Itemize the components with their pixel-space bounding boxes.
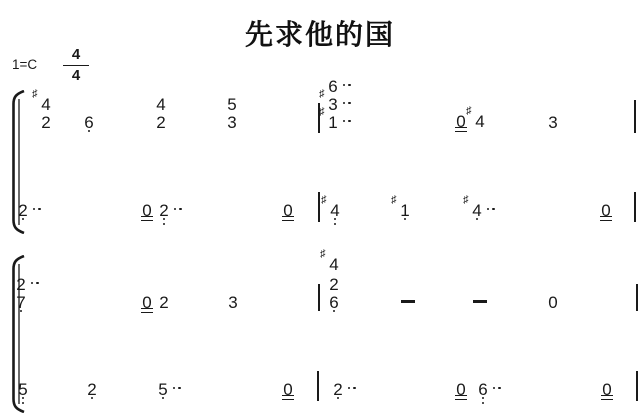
duration-dots-icon bbox=[173, 387, 182, 390]
octave-dots-icon bbox=[476, 397, 490, 405]
beam-underline-icon bbox=[282, 216, 294, 221]
duration-dots-icon bbox=[343, 120, 352, 123]
note: 0 bbox=[281, 202, 295, 219]
duration-dots-icon bbox=[348, 387, 357, 390]
note-digit: 6 bbox=[82, 114, 96, 131]
duration-dots-icon bbox=[487, 208, 496, 211]
duration-dots-icon bbox=[493, 387, 502, 390]
note-digit: 4 bbox=[39, 96, 53, 113]
note: ♯4 bbox=[473, 113, 487, 130]
note-digit: 2 bbox=[157, 202, 171, 219]
sharp-icon: ♯ bbox=[320, 249, 326, 259]
duration-dots-icon bbox=[174, 208, 183, 211]
note-digit: 5 bbox=[156, 381, 170, 398]
note: 2 bbox=[85, 381, 99, 398]
note-digit: 4 bbox=[473, 113, 487, 130]
note-digit: 1 bbox=[398, 202, 412, 219]
system-bracket-icon bbox=[5, 90, 29, 234]
note-digit: 5 bbox=[225, 96, 239, 113]
note-digit: 3 bbox=[225, 114, 239, 131]
sharp-icon: ♯ bbox=[466, 106, 472, 116]
octave-dots-icon bbox=[157, 218, 171, 226]
sharp-icon: ♯ bbox=[391, 195, 397, 205]
note-digit: 2 bbox=[327, 276, 341, 293]
note: ♯4 bbox=[470, 202, 484, 219]
note: 3 bbox=[546, 114, 560, 131]
note: 2 bbox=[39, 114, 53, 131]
barline bbox=[318, 103, 320, 133]
tie-dash-icon bbox=[473, 300, 487, 303]
note: 3 bbox=[226, 294, 240, 311]
barline bbox=[636, 284, 638, 311]
note: 0 bbox=[600, 381, 614, 398]
note: 6 bbox=[327, 294, 341, 311]
sheet-music-page: 先求他的国 1=C 4 4 ♯42642536♯3♯10♯432020♯4♯1♯… bbox=[0, 0, 640, 420]
note: ♯4 bbox=[39, 96, 53, 113]
note: 0 bbox=[281, 381, 295, 398]
sharp-icon: ♯ bbox=[319, 107, 325, 117]
octave-dots-icon bbox=[470, 218, 484, 221]
note: 2 bbox=[331, 381, 345, 398]
note-digit: 6 bbox=[327, 294, 341, 311]
note: ♯4 bbox=[328, 202, 342, 219]
note: 0 bbox=[599, 202, 613, 219]
note-digit: 3 bbox=[226, 294, 240, 311]
octave-dots-icon bbox=[156, 397, 170, 400]
note-digit: 4 bbox=[327, 256, 341, 273]
beam-underline-icon bbox=[141, 216, 153, 221]
note: 5 bbox=[225, 96, 239, 113]
barline bbox=[318, 284, 320, 311]
beam-underline-icon bbox=[141, 308, 153, 313]
beam-underline-icon bbox=[600, 216, 612, 221]
barline bbox=[634, 192, 636, 222]
note: ♯4 bbox=[327, 256, 341, 273]
note-digit: 2 bbox=[331, 381, 345, 398]
note: 6 bbox=[476, 381, 490, 398]
note-digit: 6 bbox=[476, 381, 490, 398]
note-digit: 4 bbox=[154, 96, 168, 113]
tie-dash-icon bbox=[401, 300, 415, 303]
duration-dots-icon bbox=[343, 84, 352, 87]
note-digit: 3 bbox=[546, 114, 560, 131]
beam-underline-icon bbox=[601, 395, 613, 400]
barline bbox=[634, 100, 636, 133]
note-digit: 1 bbox=[326, 114, 340, 131]
note: 2 bbox=[157, 202, 171, 219]
note: ♯1 bbox=[398, 202, 412, 219]
barline bbox=[636, 371, 638, 401]
note: 2 bbox=[327, 276, 341, 293]
octave-dots-icon bbox=[331, 397, 345, 400]
beam-underline-icon bbox=[282, 395, 294, 400]
note: 5 bbox=[156, 381, 170, 398]
sharp-icon: ♯ bbox=[319, 89, 325, 99]
octave-dots-icon bbox=[85, 397, 99, 400]
duration-dots-icon bbox=[33, 208, 42, 211]
system-bracket-icon bbox=[5, 255, 29, 413]
duration-dots-icon bbox=[343, 102, 352, 105]
note: 0 bbox=[454, 381, 468, 398]
note-digit: 2 bbox=[39, 114, 53, 131]
barline bbox=[317, 371, 319, 401]
note-digit: 4 bbox=[470, 202, 484, 219]
note: 6 bbox=[326, 78, 340, 95]
note-digit: 4 bbox=[328, 202, 342, 219]
note-digit: 0 bbox=[546, 294, 560, 311]
octave-dots-icon bbox=[327, 310, 341, 313]
note-digit: 3 bbox=[326, 96, 340, 113]
octave-dots-icon bbox=[82, 130, 96, 133]
note-digit: 2 bbox=[154, 114, 168, 131]
note-digit: 6 bbox=[326, 78, 340, 95]
note-digit: 2 bbox=[157, 294, 171, 311]
note: 3 bbox=[225, 114, 239, 131]
note: 4 bbox=[154, 96, 168, 113]
note: 0 bbox=[546, 294, 560, 311]
beam-underline-icon bbox=[455, 127, 467, 132]
score-layer: ♯42642536♯3♯10♯432020♯4♯1♯4027023♯426052… bbox=[0, 0, 640, 420]
note: 6 bbox=[82, 114, 96, 131]
octave-dots-icon bbox=[328, 218, 342, 226]
sharp-icon: ♯ bbox=[32, 89, 38, 99]
note-digit: 2 bbox=[85, 381, 99, 398]
note: ♯1 bbox=[326, 114, 340, 131]
note: 2 bbox=[154, 114, 168, 131]
barline bbox=[318, 192, 320, 222]
note: 0 bbox=[140, 294, 154, 311]
sharp-icon: ♯ bbox=[463, 195, 469, 205]
sharp-icon: ♯ bbox=[321, 195, 327, 205]
note: 0 bbox=[140, 202, 154, 219]
octave-dots-icon bbox=[398, 218, 412, 221]
beam-underline-icon bbox=[455, 395, 467, 400]
duration-dots-icon bbox=[31, 282, 40, 285]
note: ♯3 bbox=[326, 96, 340, 113]
note: 2 bbox=[157, 294, 171, 311]
